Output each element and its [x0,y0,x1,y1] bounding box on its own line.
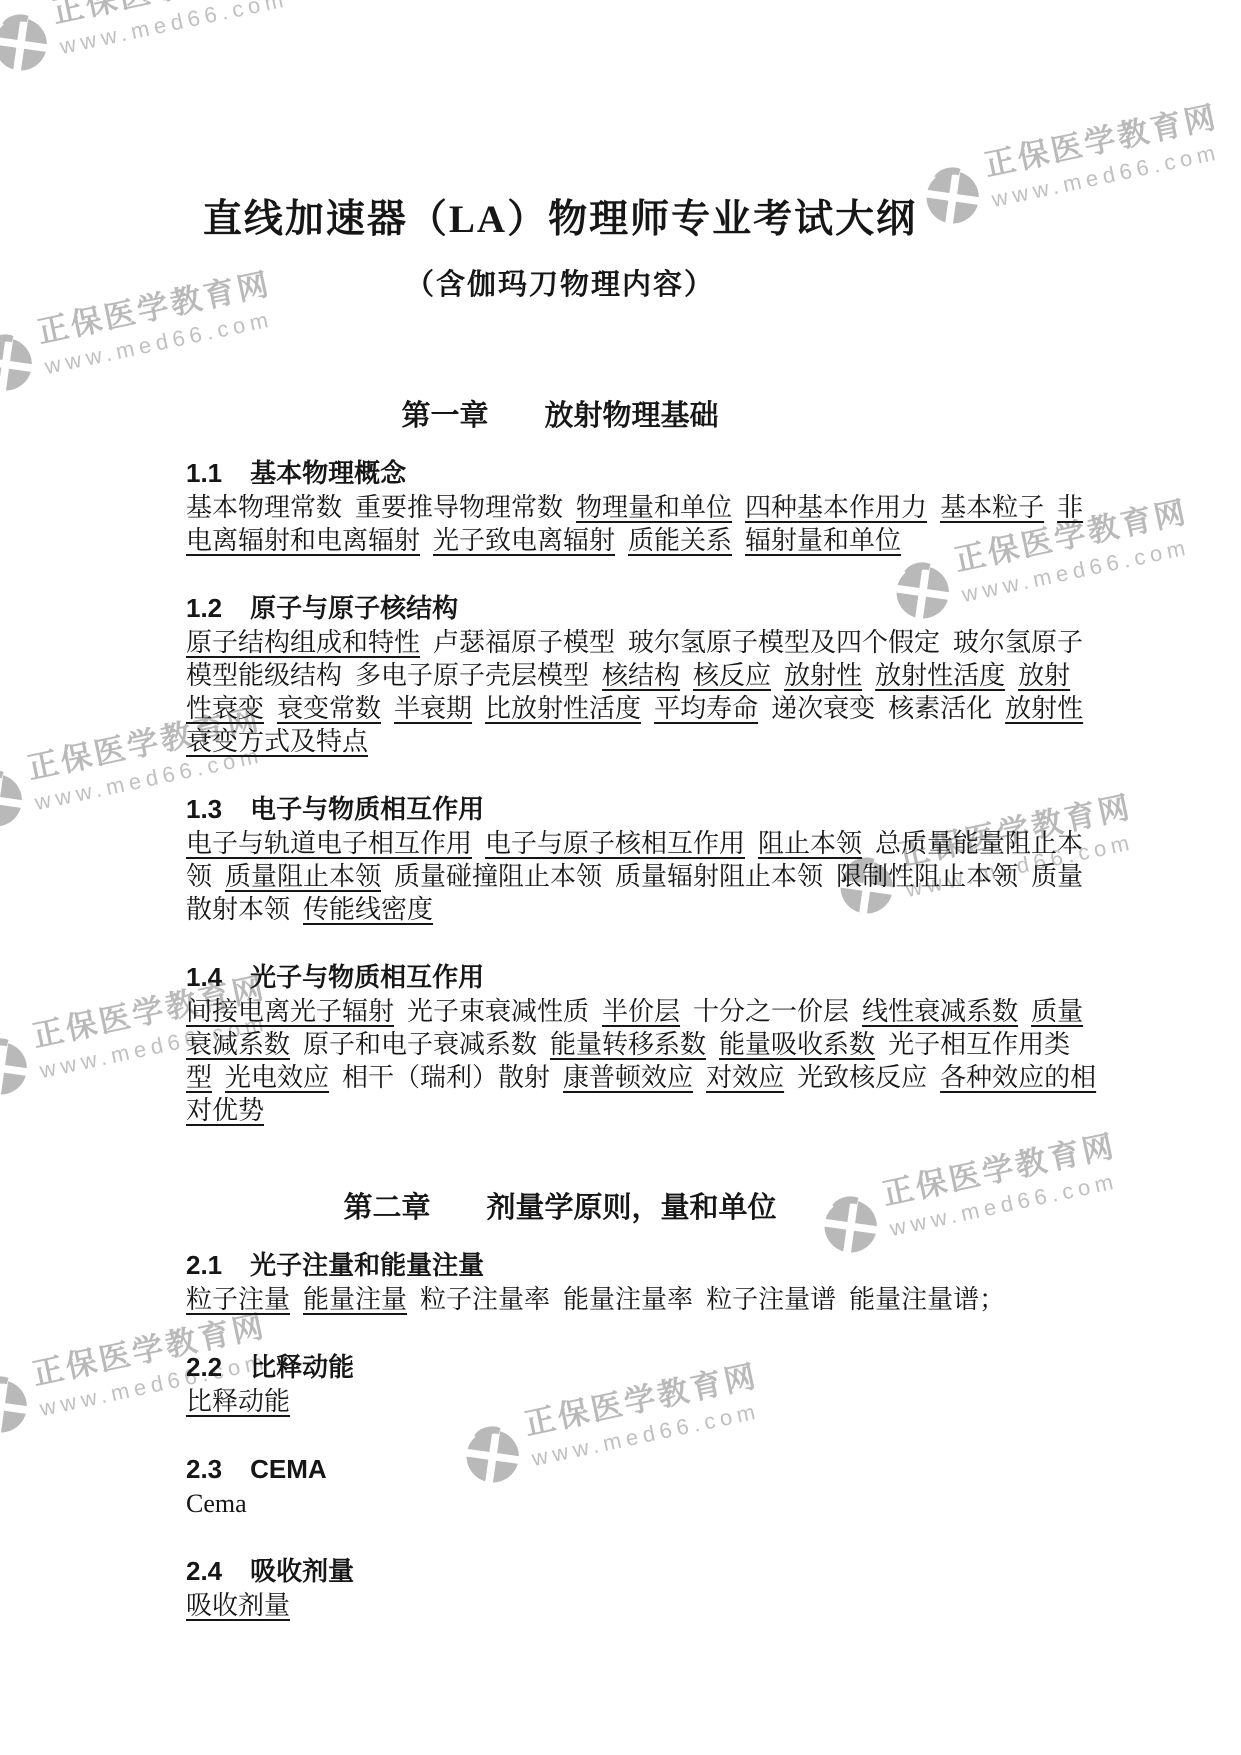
chapter: 第二章剂量学原则，量和单位2.1光子注量和能量注量粒子注量能量注量粒子注量率能量… [0,1191,1241,1622]
section-number: 2.4 [186,1556,222,1586]
section-body: Cema [186,1487,1181,1520]
document-content: 直线加速器（LA）物理师专业考试大纲 （含伽玛刀物理内容） 第一章放射物理基础1… [0,0,1241,1622]
term-underlined: 质量阻止本领 [225,862,381,891]
section-body: 吸收剂量 [186,1589,1181,1622]
term: 限制性阻止本领 [836,862,1018,891]
term-underlined: 阻止本领 [758,829,862,858]
term-underlined: 原子结构组成和特性 [186,628,420,657]
term: 领 [186,862,212,891]
chapter-name: 剂量学原则，量和单位 [487,1192,777,1224]
section: 1.3电子与物质相互作用电子与轨道电子相互作用电子与原子核相互作用阻止本领总质量… [0,794,1241,926]
term-underlined: 衰减系数 [186,1030,290,1059]
section-title: 光子与物质相互作用 [250,962,484,992]
body-line: Cema [186,1487,1181,1520]
body-line: 型光电效应相干（瑞利）散射康普顿效应对效应光致核反应各种效应的相 [186,1061,1181,1094]
section-body: 基本物理常数重要推导物理常数物理量和单位四种基本作用力基本粒子非电离辐射和电离辐… [186,491,1181,557]
section-heading: 2.4吸收剂量 [186,1556,1181,1586]
chapter-number: 第一章 [401,400,488,432]
body-line: 领质量阻止本领质量碰撞阻止本领质量辐射阻止本领限制性阻止本领质量 [186,860,1181,893]
term: 质量辐射阻止本领 [615,862,823,891]
term: 十分之一价层 [693,997,849,1026]
body-line: 电子与轨道电子相互作用电子与原子核相互作用阻止本领总质量能量阻止本 [186,827,1181,860]
term: 重要推导物理常数 [355,493,563,522]
term: 玻尔氢原子 [953,628,1083,657]
term: 光致核反应 [797,1063,927,1092]
term: 原子和电子衰减系数 [303,1030,537,1059]
chapter: 第一章放射物理基础1.1基本物理概念基本物理常数重要推导物理常数物理量和单位四种… [0,399,1241,1127]
section-title: CEMA [250,1454,327,1484]
section-heading: 2.1光子注量和能量注量 [186,1250,1181,1280]
section-title: 电子与物质相互作用 [250,794,484,824]
document-subtitle: （含伽玛刀物理内容） [0,262,1120,303]
section-number: 2.2 [186,1352,222,1382]
body-line: 间接电离光子辐射光子束衰减性质半价层十分之一价层线性衰减系数质量 [186,995,1181,1028]
section-title: 原子与原子核结构 [250,593,458,623]
term-underlined: 能量转移系数 [550,1030,706,1059]
body-line: 基本物理常数重要推导物理常数物理量和单位四种基本作用力基本粒子非 [186,491,1181,524]
term-underlined: 对优势 [186,1096,264,1125]
term-underlined: 吸收剂量 [186,1591,290,1620]
document-title: 直线加速器（LA）物理师专业考试大纲 [0,0,1120,244]
chapter-number: 第二章 [343,1192,430,1224]
term: 递次衰变 [771,694,875,723]
section-number: 2.1 [186,1250,222,1280]
section-body: 电子与轨道电子相互作用电子与原子核相互作用阻止本领总质量能量阻止本领质量阻止本领… [186,827,1181,926]
section-title: 比释动能 [250,1352,354,1382]
term-underlined: 衰变方式及特点 [186,727,368,756]
term-underlined: 能量吸收系数 [719,1030,875,1059]
body-line: 衰变方式及特点 [186,725,1181,758]
section: 1.2原子与原子核结构原子结构组成和特性卢瑟福原子模型玻尔氢原子模型及四个假定玻… [0,593,1241,758]
term-underlined: 平均寿命 [654,694,758,723]
term: 玻尔氢原子模型及四个假定 [628,628,940,657]
term: 光子束衰减性质 [407,997,589,1026]
term-underlined: 半价层 [602,997,680,1026]
section-heading: 1.3电子与物质相互作用 [186,794,1181,824]
term-underlined: 核结构 [602,661,680,690]
section-title: 光子注量和能量注量 [250,1250,484,1280]
body-line: 散射本领传能线密度 [186,893,1181,926]
term-underlined: 能量注量 [303,1285,407,1314]
term: 能量注量率 [563,1285,693,1314]
term-underlined: 衰变常数 [277,694,381,723]
term-underlined: 型 [186,1063,212,1092]
term-underlined: 各种效应的相 [940,1063,1096,1092]
term: 质量碰撞阻止本领 [394,862,602,891]
term: 粒子注量谱 [706,1285,836,1314]
section-body: 粒子注量能量注量粒子注量率能量注量率粒子注量谱能量注量谱； [186,1283,1181,1316]
body-line: 电离辐射和电离辐射光子致电离辐射质能关系辐射量和单位 [186,524,1181,557]
term-underlined: 线性衰减系数 [862,997,1018,1026]
chapter-heading: 第一章放射物理基础 [0,399,1120,433]
section-heading: 1.1基本物理概念 [186,458,1181,488]
term-underlined: 放射性 [1005,694,1083,723]
term-underlined: 光电效应 [225,1063,329,1092]
section-title: 基本物理概念 [250,458,406,488]
body-line: 模型能级结构多电子原子壳层模型核结构核反应放射性放射性活度放射 [186,659,1181,692]
body-line: 比释动能 [186,1385,1181,1418]
term: 散射本领 [186,895,290,924]
term-underlined: 放射性活度 [875,661,1005,690]
term-underlined: 半衰期 [394,694,472,723]
section-heading: 2.3CEMA [186,1454,1181,1484]
section-number: 1.1 [186,458,222,488]
term: 粒子注量率 [420,1285,550,1314]
section: 1.4光子与物质相互作用间接电离光子辐射光子束衰减性质半价层十分之一价层线性衰减… [0,962,1241,1127]
section: 2.3CEMACema [0,1454,1241,1520]
term: 基本物理常数 [186,493,342,522]
term-underlined: 放射 [1018,661,1070,690]
section-body: 间接电离光子辐射光子束衰减性质半价层十分之一价层线性衰减系数质量衰减系数原子和电… [186,995,1181,1127]
term: 模型能级结构 [186,661,342,690]
document-body: 第一章放射物理基础1.1基本物理概念基本物理常数重要推导物理常数物理量和单位四种… [0,399,1241,1622]
term-underlined: 传能线密度 [303,895,433,924]
term-underlined: 比放射性活度 [485,694,641,723]
term: 光子相互作用类 [888,1030,1070,1059]
section-number: 2.3 [186,1454,222,1484]
section-heading: 2.2比释动能 [186,1352,1181,1382]
term-underlined: 质能关系 [628,526,732,555]
section: 1.1基本物理概念基本物理常数重要推导物理常数物理量和单位四种基本作用力基本粒子… [0,458,1241,557]
section-heading: 1.4光子与物质相互作用 [186,962,1181,992]
term-underlined: 放射性 [784,661,862,690]
term-underlined: 电子与原子核相互作用 [485,829,745,858]
section-body: 比释动能 [186,1385,1181,1418]
section: 2.2比释动能比释动能 [0,1352,1241,1418]
term-underlined: 辐射量和单位 [745,526,901,555]
section-number: 1.3 [186,794,222,824]
chapter-name: 放射物理基础 [545,400,719,432]
term-underlined: 基本粒子 [940,493,1044,522]
body-line: 衰减系数原子和电子衰减系数能量转移系数能量吸收系数光子相互作用类 [186,1028,1181,1061]
body-line: 粒子注量能量注量粒子注量率能量注量率粒子注量谱能量注量谱； [186,1283,1181,1316]
term-underlined: 性衰变 [186,694,264,723]
term-underlined: 粒子注量 [186,1285,290,1314]
term-underlined: 电子与轨道电子相互作用 [186,829,472,858]
section: 2.1光子注量和能量注量粒子注量能量注量粒子注量率能量注量率粒子注量谱能量注量谱… [0,1250,1241,1316]
body-line: 吸收剂量 [186,1589,1181,1622]
section-heading: 1.2原子与原子核结构 [186,593,1181,623]
document-page: 正保医学教育网www.med66.com 正保医学教育网www.med66.co… [0,0,1241,1755]
term-underlined: 四种基本作用力 [745,493,927,522]
term-underlined: 质量 [1031,997,1083,1026]
section-number: 1.4 [186,962,222,992]
term: 相干（瑞利）散射 [342,1063,550,1092]
term-underlined: 光子致电离辐射 [433,526,615,555]
section-body: 原子结构组成和特性卢瑟福原子模型玻尔氢原子模型及四个假定玻尔氢原子模型能级结构多… [186,626,1181,758]
term-underlined: 非 [1057,493,1083,522]
term: 多电子原子壳层模型 [355,661,589,690]
term-underlined: 间接电离光子辐射 [186,997,394,1026]
term-underlined: 电离辐射和电离辐射 [186,526,420,555]
term: 核素活化 [888,694,992,723]
term-underlined: 核反应 [693,661,771,690]
term: Cema [186,1489,247,1518]
section-title: 吸收剂量 [250,1556,354,1586]
term-underlined: 康普顿效应 [563,1063,693,1092]
term-underlined: 物理量和单位 [576,493,732,522]
section: 2.4吸收剂量吸收剂量 [0,1556,1241,1622]
body-line: 原子结构组成和特性卢瑟福原子模型玻尔氢原子模型及四个假定玻尔氢原子 [186,626,1181,659]
term: 质量 [1031,862,1083,891]
term: 卢瑟福原子模型 [433,628,615,657]
body-line: 对优势 [186,1094,1181,1127]
term-underlined: 比释动能 [186,1387,290,1416]
term: 总质量能量阻止本 [875,829,1083,858]
term: 能量注量谱； [849,1285,1005,1314]
term-underlined: 对效应 [706,1063,784,1092]
section-number: 1.2 [186,593,222,623]
chapter-heading: 第二章剂量学原则，量和单位 [0,1191,1120,1225]
body-line: 性衰变衰变常数半衰期比放射性活度平均寿命递次衰变核素活化放射性 [186,692,1181,725]
